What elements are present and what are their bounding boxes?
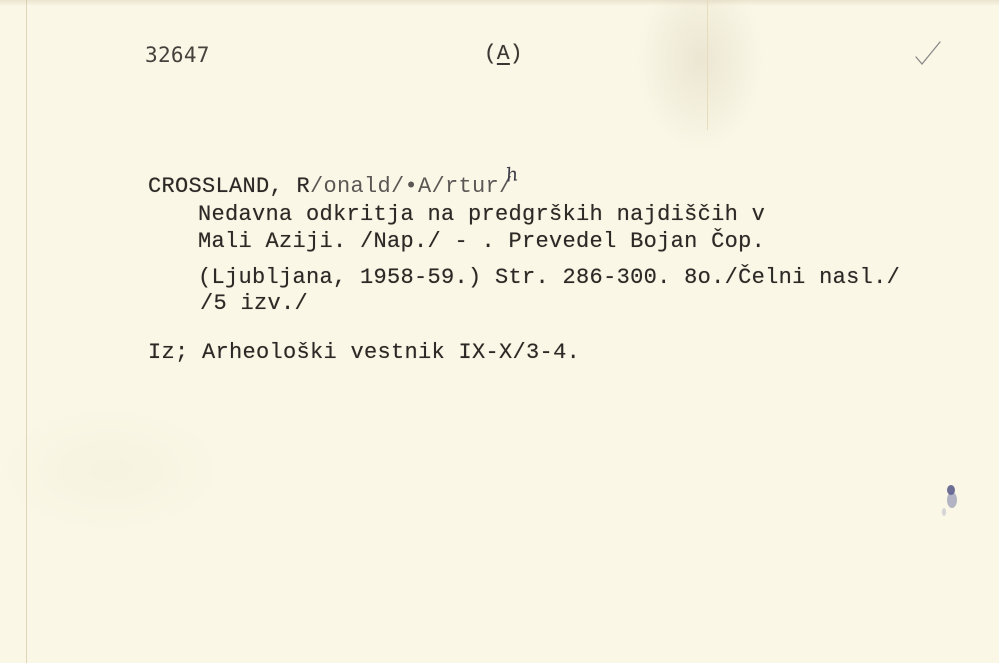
source-line: Iz; Arheološki vestnik IX-X/3-4.: [148, 341, 580, 365]
catalog-number: 32647: [145, 43, 210, 67]
author-given-name: /onald/: [310, 174, 405, 199]
publication-line-2: /5 izv./: [200, 292, 308, 316]
card-crease: [707, 0, 708, 130]
catalog-card: 32647 (A) CROSSLAND, R/onald/•A/rtur/ h …: [0, 0, 999, 663]
card-edge-line: [26, 0, 27, 663]
checkmark-icon: [914, 40, 944, 70]
author-line: CROSSLAND, R/onald/•A/rtur/: [148, 175, 513, 199]
marker-letter: A: [497, 43, 510, 66]
marker-close: ): [510, 43, 523, 66]
publication-line-1: (Ljubljana, 1958-59.) Str. 286-300. 8o./…: [198, 266, 900, 290]
author-surname: CROSSLAND, R: [148, 174, 310, 199]
category-marker: (A): [484, 43, 523, 67]
title-line-2: Mali Aziji. /Nap./ - . Prevedel Bojan Čo…: [198, 230, 765, 254]
marker-open: (: [484, 43, 497, 66]
author-middle-name: •A/rtur/: [405, 174, 513, 199]
title-line-1: Nedavna odkritja na predgrških najdiščih…: [198, 203, 765, 227]
handwritten-correction: h: [505, 163, 520, 186]
ink-smudge-icon: [940, 482, 962, 516]
